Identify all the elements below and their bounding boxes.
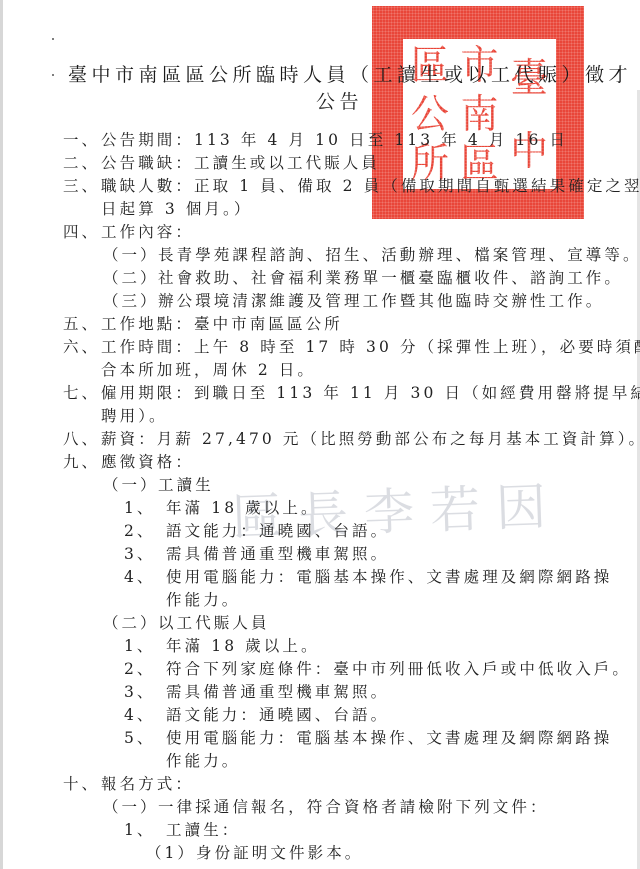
page-edge-left xyxy=(0,0,3,869)
section-marker: 十、 xyxy=(63,774,100,794)
section-marker: 四、 xyxy=(63,222,100,242)
group-text: 工讀生 xyxy=(158,475,214,495)
section-text: 工作內容： xyxy=(101,222,194,242)
subitem-marker: （1） xyxy=(146,843,196,863)
section-marker: 七、 xyxy=(63,383,100,403)
section-text: 報名方式： xyxy=(101,774,194,794)
item-marker: 3、 xyxy=(124,682,155,702)
group-marker: （二） xyxy=(103,613,159,633)
item-text: 語文能力：通曉國、台語。 xyxy=(166,521,389,541)
item-marker: 1、 xyxy=(124,498,155,518)
seal-char: 南 xyxy=(460,94,498,134)
item-marker: 1、 xyxy=(124,820,155,840)
item-continuation: 作能力。 xyxy=(166,751,240,771)
group-text: 一律採通信報名，符合資格者請檢附下列文件： xyxy=(158,797,549,817)
item-continuation: 作能力。 xyxy=(166,590,240,610)
item-marker: （二） xyxy=(103,268,159,288)
item-text: 需具備普通重型機車駕照。 xyxy=(166,682,389,702)
item-marker: （一） xyxy=(103,245,159,265)
item-text: 社會救助、社會福利業務單一櫃臺臨櫃收件、諮詢工作。 xyxy=(158,268,623,288)
item-text: 年滿 18 歲以上。 xyxy=(166,636,320,656)
group-text: 以工代賑人員 xyxy=(158,613,270,633)
section-marker: 一、 xyxy=(63,130,100,150)
subitem-text: 身份証明文件影本。 xyxy=(196,843,363,863)
item-text: 辦公環境清潔維護及管理工作暨其他臨時交辦性工作。 xyxy=(158,291,604,311)
section-text: 工作時間：上午 8 時至 17 時 30 分（採彈性上班），必要時須配 xyxy=(101,337,640,357)
group-marker: （一） xyxy=(103,797,159,817)
section-marker: 二、 xyxy=(63,153,100,173)
item-marker: 2、 xyxy=(124,521,155,541)
item-marker: 2、 xyxy=(124,659,155,679)
item-marker: 5、 xyxy=(124,728,155,748)
section-continuation: 日起算 3 個月。） xyxy=(101,199,252,219)
item-text: 年滿 18 歲以上。 xyxy=(166,498,320,518)
seal-char: 公 xyxy=(411,94,449,134)
scan-speck xyxy=(52,38,54,40)
item-text: 語文能力：通曉國、台語。 xyxy=(166,705,389,725)
section-continuation: 聘用）。 xyxy=(101,406,168,426)
group-marker: （一） xyxy=(103,475,159,495)
section-continuation: 合本所加班，周休 2 日。 xyxy=(101,360,316,380)
section-marker: 六、 xyxy=(63,337,100,357)
item-marker: 1、 xyxy=(124,636,155,656)
item-text: 工讀生： xyxy=(166,820,240,840)
section-marker: 八、 xyxy=(63,429,100,449)
item-text: 使用電腦能力：電腦基本操作、文書處理及網際網路操 xyxy=(166,567,612,587)
item-marker: （三） xyxy=(103,291,159,311)
section-text: 公告期間：113 年 4 月 10 日至 113 年 4 月 16 日 xyxy=(101,130,568,150)
item-text: 需具備普通重型機車駕照。 xyxy=(166,544,389,564)
section-text: 薪資：月薪 27,470 元（比照勞動部公布之每月基本工資計算）。 xyxy=(101,429,640,449)
section-text: 公告職缺：工讀生或以工代賑人員 xyxy=(101,153,380,173)
scan-speck xyxy=(52,74,54,76)
item-marker: 4、 xyxy=(124,567,155,587)
document-subtitle: 公告 xyxy=(316,87,363,114)
item-text: 長青學苑課程諮詢、招生、活動辦理、檔案管理、宣導等。 xyxy=(158,245,640,265)
section-marker: 五、 xyxy=(63,314,100,334)
item-marker: 4、 xyxy=(124,705,155,725)
section-marker: 九、 xyxy=(63,452,100,472)
section-text: 應徵資格： xyxy=(101,452,194,472)
item-marker: 3、 xyxy=(124,544,155,564)
document-title: 臺中市南區區公所臨時人員（工讀生或以工代賑）徵才 xyxy=(68,60,608,87)
item-text: 使用電腦能力：電腦基本操作、文書處理及網際網路操 xyxy=(166,728,612,748)
section-text: 僱用期限：到職日至 113 年 11 月 30 日（如經費用罄將提早結束 xyxy=(101,383,640,403)
section-marker: 三、 xyxy=(63,176,100,196)
section-text: 工作地點：臺中市南區區公所 xyxy=(101,314,343,334)
section-text: 職缺人數：正取 1 員、備取 2 員（備取期間自甄選結果確定之翌 xyxy=(101,176,640,196)
item-text: 符合下列家庭條件：臺中市列冊低收入戶或中低收入戶。 xyxy=(166,659,631,679)
